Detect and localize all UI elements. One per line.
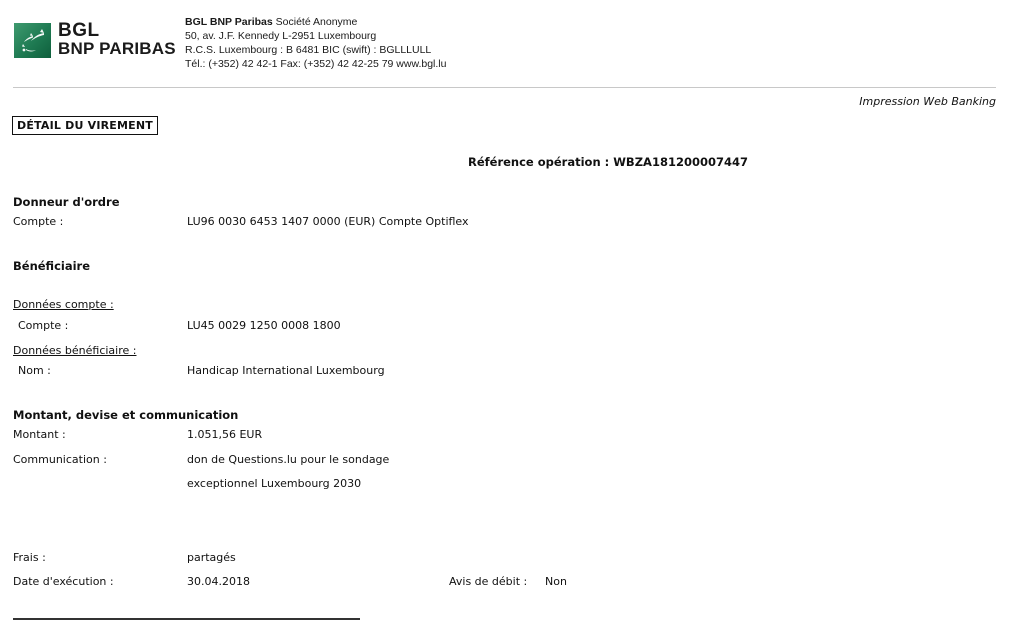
logo-line-2: BNP PARIBAS (58, 40, 176, 58)
beneficiary-name-value: Handicap International Luxembourg (187, 364, 385, 377)
print-note: Impression Web Banking (859, 95, 996, 108)
communication-line-1: don de Questions.lu pour le sondage (187, 453, 389, 466)
logo-line-1: BGL (58, 22, 176, 40)
company-contact: Tél.: (+352) 42 42-1 Fax: (+352) 42 42-2… (185, 57, 446, 71)
company-info: BGL BNP Paribas Société Anonyme 50, av. … (185, 15, 446, 71)
ordering-account-value: LU96 0030 6453 1407 0000 (EUR) Compte Op… (187, 215, 469, 228)
communication-line-2: exceptionnel Luxembourg 2030 (187, 477, 361, 490)
company-legal-form: Société Anonyme (273, 16, 358, 28)
communication-label: Communication : (13, 453, 107, 466)
amount-value: 1.051,56 EUR (187, 428, 262, 441)
beneficiary-account-value: LU45 0029 1250 0008 1800 (187, 319, 341, 332)
beneficiary-account-section: Données compte : (13, 298, 114, 311)
signature-line (13, 618, 360, 620)
reference-label: Référence opération : (468, 155, 609, 169)
debit-notice-value: Non (545, 575, 567, 588)
company-name-bold: BGL BNP Paribas (185, 16, 273, 28)
beneficiary-heading: Bénéficiaire (13, 259, 90, 273)
company-registry: R.C.S. Luxembourg : B 6481 BIC (swift) :… (185, 43, 446, 57)
amount-label: Montant : (13, 428, 66, 441)
beneficiary-name-label: Nom : (18, 364, 51, 377)
company-name: BGL BNP Paribas Société Anonyme (185, 15, 446, 29)
header-divider (13, 87, 996, 88)
debit-notice-label: Avis de débit : (449, 575, 527, 588)
amount-heading: Montant, devise et communication (13, 408, 238, 422)
operation-reference: Référence opération : WBZA181200007447 (468, 155, 748, 169)
bank-logo-wordmark: BGL BNP PARIBAS (58, 22, 176, 58)
document-title: DÉTAIL DU VIREMENT (12, 116, 158, 135)
execution-date-label: Date d'exécution : (13, 575, 114, 588)
bnp-paribas-stars-logo-icon (14, 23, 51, 58)
company-address: 50, av. J.F. Kennedy L-2951 Luxembourg (185, 29, 446, 43)
fees-label: Frais : (13, 551, 46, 564)
reference-value: WBZA181200007447 (613, 155, 748, 169)
fees-value: partagés (187, 551, 236, 564)
ordering-party-heading: Donneur d'ordre (13, 195, 120, 209)
beneficiary-data-section: Données bénéficiaire : (13, 344, 136, 357)
beneficiary-account-label: Compte : (18, 319, 68, 332)
execution-date-value: 30.04.2018 (187, 575, 250, 588)
ordering-account-label: Compte : (13, 215, 63, 228)
